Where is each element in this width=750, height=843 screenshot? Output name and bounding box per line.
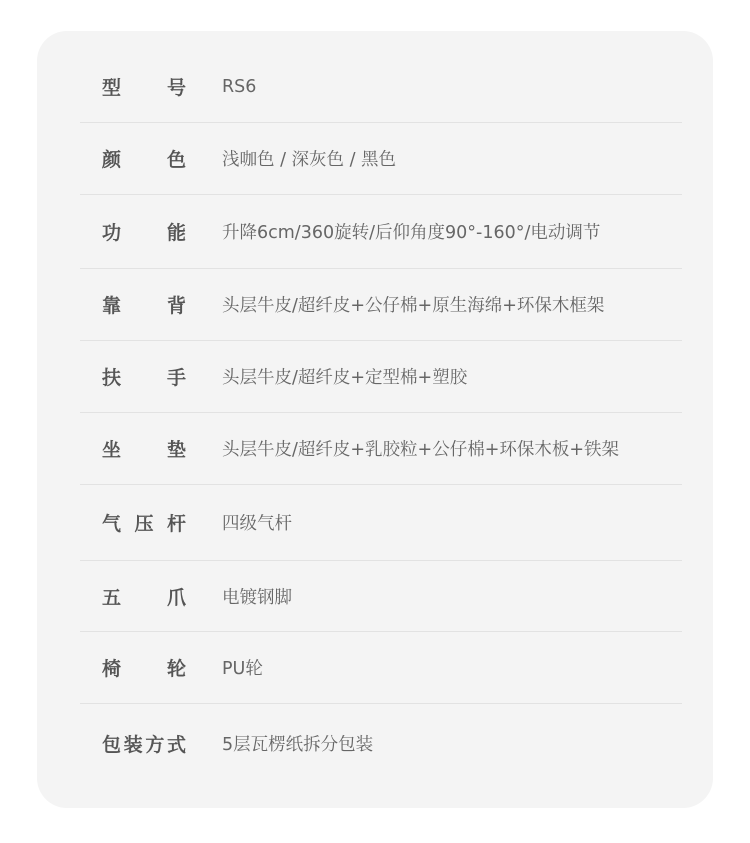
spec-label-char: 包 [102, 730, 121, 757]
spec-label: 椅轮 [102, 654, 186, 681]
spec-label-char: 垫 [167, 435, 186, 462]
spec-label-char: 手 [167, 363, 186, 390]
spec-row: 坐垫头层牛皮/超纤皮+乳胶粒+公仔棉+环保木板+铁架 [80, 413, 682, 485]
spec-label-char: 式 [167, 730, 186, 757]
spec-value: 浅咖色 / 深灰色 / 黑色 [222, 146, 396, 171]
spec-label: 坐垫 [102, 435, 186, 462]
spec-label-char: 功 [102, 218, 121, 245]
spec-label-char: 靠 [102, 291, 121, 318]
spec-row: 扶手头层牛皮/超纤皮+定型棉+塑胶 [80, 341, 682, 413]
spec-value: 头层牛皮/超纤皮+定型棉+塑胶 [222, 364, 467, 389]
spec-label: 颜色 [102, 145, 186, 172]
spec-card: 型号RS6颜色浅咖色 / 深灰色 / 黑色功能升降6cm/360旋转/后仰角度9… [37, 31, 713, 808]
spec-row: 颜色浅咖色 / 深灰色 / 黑色 [80, 123, 682, 195]
spec-row: 功能升降6cm/360旋转/后仰角度90°-160°/电动调节 [80, 195, 682, 269]
spec-label: 靠背 [102, 291, 186, 318]
spec-label-char: 装 [124, 730, 143, 757]
spec-value: 四级气杆 [222, 510, 292, 535]
spec-value: 5层瓦楞纸拆分包装 [222, 731, 373, 756]
spec-label-char: 椅 [102, 654, 121, 681]
spec-row: 包装方式5层瓦楞纸拆分包装 [80, 704, 682, 782]
spec-label-char: 型 [102, 73, 121, 100]
spec-label-char: 能 [167, 218, 186, 245]
spec-row: 气压杆四级气杆 [80, 485, 682, 561]
spec-label-char: 爪 [167, 583, 186, 610]
spec-label-char: 号 [167, 73, 186, 100]
spec-label-char: 五 [102, 583, 121, 610]
spec-value: 头层牛皮/超纤皮+乳胶粒+公仔棉+环保木板+铁架 [222, 436, 619, 461]
spec-label-char: 轮 [167, 654, 186, 681]
spec-value: 电镀钢脚 [222, 584, 292, 609]
spec-row: 型号RS6 [80, 51, 682, 123]
spec-value: PU轮 [222, 655, 263, 680]
spec-label-char: 坐 [102, 435, 121, 462]
spec-label: 功能 [102, 218, 186, 245]
spec-label: 包装方式 [102, 730, 186, 757]
spec-value: 头层牛皮/超纤皮+公仔棉+原生海绵+环保木框架 [222, 292, 604, 317]
spec-label-char: 颜 [102, 145, 121, 172]
spec-label-char: 方 [145, 730, 164, 757]
spec-table: 型号RS6颜色浅咖色 / 深灰色 / 黑色功能升降6cm/360旋转/后仰角度9… [80, 51, 682, 782]
spec-value: RS6 [222, 77, 256, 97]
spec-row: 五爪电镀钢脚 [80, 561, 682, 632]
spec-label-char: 气 [102, 509, 121, 536]
spec-row: 靠背头层牛皮/超纤皮+公仔棉+原生海绵+环保木框架 [80, 269, 682, 341]
spec-label: 五爪 [102, 583, 186, 610]
spec-label-char: 压 [134, 509, 153, 536]
spec-label: 型号 [102, 73, 186, 100]
spec-label-char: 背 [167, 291, 186, 318]
spec-label: 气压杆 [102, 509, 186, 536]
spec-label: 扶手 [102, 363, 186, 390]
spec-value: 升降6cm/360旋转/后仰角度90°-160°/电动调节 [222, 219, 600, 244]
spec-label-char: 扶 [102, 363, 121, 390]
spec-row: 椅轮PU轮 [80, 632, 682, 704]
spec-label-char: 色 [167, 145, 186, 172]
spec-label-char: 杆 [167, 509, 186, 536]
